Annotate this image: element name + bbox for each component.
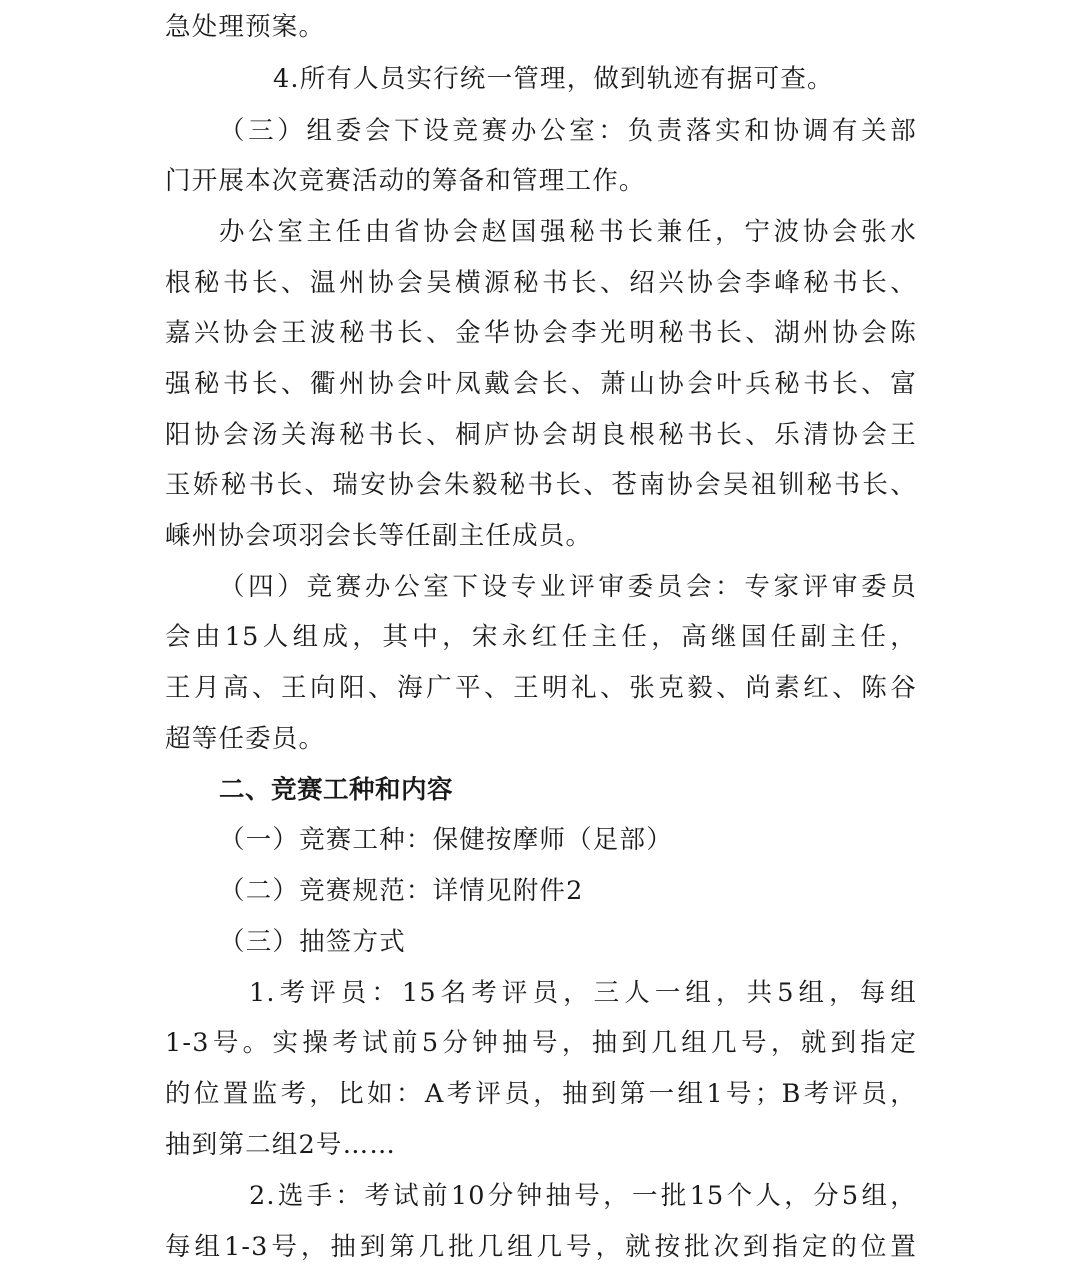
paragraph-line: 每组1-3号，抽到第几批几组几号，就按批次到指定的位置 (165, 1232, 917, 1262)
paragraph-line: （三）抽签方式 (219, 927, 406, 957)
paragraph-line: 急处理预案。 (165, 12, 325, 42)
section-heading: 二、竞赛工种和内容 (219, 775, 453, 805)
paragraph-line: 抽到第二组2号…… (165, 1130, 396, 1160)
paragraph-line: 嵊州协会项羽会长等任副主任成员。 (165, 521, 592, 551)
paragraph-line: （一）竞赛工种：保健按摩师（足部） (219, 825, 673, 855)
paragraph-line: 2.选手：考试前10分钟抽号，一批15个人，分5组， (249, 1181, 917, 1211)
paragraph-line: 嘉兴协会王波秘书长、金华协会李光明秘书长、湖州协会陈 (165, 318, 917, 348)
paragraph-line: 的位置监考，比如：A考评员，抽到第一组1号；B考评员， (165, 1079, 917, 1109)
paragraph-line: 1.考评员：15名考评员，三人一组，共5组，每组 (249, 978, 917, 1008)
paragraph-line: 超等任委员。 (165, 724, 325, 754)
paragraph-line: 4.所有人员实行统一管理，做到轨迹有据可查。 (273, 64, 834, 94)
paragraph-line: 阳协会汤关海秘书长、桐庐协会胡良根秘书长、乐清协会王 (165, 420, 917, 450)
paragraph-line: （四）竞赛办公室下设专业评审委员会：专家评审委员 (219, 572, 917, 602)
paragraph-line: 玉娇秘书长、瑞安协会朱毅秘书长、苍南协会吴祖钏秘书长、 (165, 470, 917, 500)
paragraph-line: 1-3号。实操考试前5分钟抽号，抽到几组几号，就到指定 (165, 1028, 917, 1058)
paragraph-line: 门开展本次竞赛活动的筹备和管理工作。 (165, 166, 646, 196)
paragraph-line: 根秘书长、温州协会吴横源秘书长、绍兴协会李峰秘书长、 (165, 268, 917, 298)
paragraph-line: 办公室主任由省协会赵国强秘书长兼任，宁波协会张水 (219, 217, 917, 247)
paragraph-line: （三）组委会下设竞赛办公室：负责落实和协调有关部 (219, 116, 917, 146)
paragraph-line: （二）竞赛规范：详情见附件2 (219, 876, 584, 906)
paragraph-line: 王月高、王向阳、海广平、王明礼、张克毅、尚素红、陈谷 (165, 673, 917, 703)
paragraph-line: 会由15人组成，其中，宋永红任主任，高继国任副主任， (165, 622, 917, 652)
paragraph-line: 强秘书长、衢州协会叶凤戴会长、萧山协会叶兵秘书长、富 (165, 369, 917, 399)
